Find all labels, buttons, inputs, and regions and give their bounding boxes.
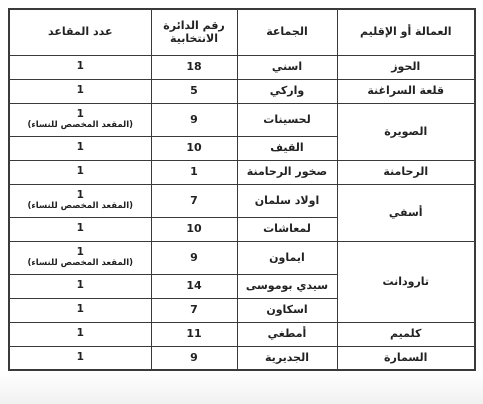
header-seats: عدد المقاعد: [9, 9, 151, 55]
table-body: الحوزاسني181قلعة السراغنةواركي51الصويرةل…: [9, 55, 475, 370]
province-cell: الصويرة: [337, 103, 475, 160]
seats-cell: 1(المقعد المخصص للنساء): [9, 103, 151, 136]
table-row: الرحامنةصخور الرحامنة11: [9, 160, 475, 184]
table-row: الصويرةلحسينات91(المقعد المخصص للنساء): [9, 103, 475, 136]
seats-cell: 1: [9, 274, 151, 298]
commune-cell: الجديرية: [237, 346, 337, 370]
district-number-cell: 9: [151, 346, 237, 370]
province-cell: السمارة: [337, 346, 475, 370]
document-page: العمالة أو الإقليم الجماعة رقم الدائرة ا…: [0, 0, 483, 404]
seats-cell: 1: [9, 322, 151, 346]
province-cell: الحوز: [337, 55, 475, 79]
women-seat-note: (المقعد المخصص للنساء): [14, 258, 147, 269]
header-commune: الجماعة: [237, 9, 337, 55]
seats-cell: 1: [9, 136, 151, 160]
province-cell: الرحامنة: [337, 160, 475, 184]
table-row: السمارةالجديرية91: [9, 346, 475, 370]
province-cell: تارودانت: [337, 241, 475, 322]
commune-cell: سيدي بوموسى: [237, 274, 337, 298]
header-province: العمالة أو الإقليم: [337, 9, 475, 55]
commune-cell: اسكاون: [237, 298, 337, 322]
seats-cell: 1: [9, 79, 151, 103]
seats-value: 1: [14, 303, 147, 316]
district-number-cell: 1: [151, 160, 237, 184]
district-number-cell: 14: [151, 274, 237, 298]
seats-cell: 1: [9, 160, 151, 184]
election-districts-table: العمالة أو الإقليم الجماعة رقم الدائرة ا…: [8, 8, 476, 371]
seats-value: 1: [14, 222, 147, 235]
district-number-cell: 7: [151, 184, 237, 217]
table-row: قلعة السراغنةواركي51: [9, 79, 475, 103]
table-row: كلميمأمطغي111: [9, 322, 475, 346]
district-number-cell: 10: [151, 217, 237, 241]
seats-cell: 1: [9, 217, 151, 241]
seats-cell: 1: [9, 55, 151, 79]
province-cell: كلميم: [337, 322, 475, 346]
commune-cell: لحسينات: [237, 103, 337, 136]
table-row: الحوزاسني181: [9, 55, 475, 79]
province-cell: أسفي: [337, 184, 475, 241]
district-number-cell: 18: [151, 55, 237, 79]
commune-cell: اولاد سلمان: [237, 184, 337, 217]
women-seat-note: (المقعد المخصص للنساء): [14, 201, 147, 212]
district-number-cell: 5: [151, 79, 237, 103]
seats-cell: 1(المقعد المخصص للنساء): [9, 241, 151, 274]
seats-cell: 1: [9, 298, 151, 322]
commune-cell: اسني: [237, 55, 337, 79]
seats-value: 1: [14, 279, 147, 292]
seats-cell: 1: [9, 346, 151, 370]
district-number-cell: 9: [151, 241, 237, 274]
district-number-cell: 7: [151, 298, 237, 322]
province-cell: قلعة السراغنة: [337, 79, 475, 103]
district-number-cell: 10: [151, 136, 237, 160]
seats-value: 1: [14, 141, 147, 154]
table-row: أسفياولاد سلمان71(المقعد المخصص للنساء): [9, 184, 475, 217]
seats-value: 1: [14, 165, 147, 178]
seats-value: 1: [14, 84, 147, 97]
commune-cell: واركي: [237, 79, 337, 103]
women-seat-note: (المقعد المخصص للنساء): [14, 120, 147, 131]
commune-cell: لمعاشات: [237, 217, 337, 241]
seats-value: 1: [14, 351, 147, 364]
seats-cell: 1(المقعد المخصص للنساء): [9, 184, 151, 217]
seats-value: 1: [14, 327, 147, 340]
commune-cell: أمطغي: [237, 322, 337, 346]
header-row: العمالة أو الإقليم الجماعة رقم الدائرة ا…: [9, 9, 475, 55]
commune-cell: القيف: [237, 136, 337, 160]
table-row: تارودانتايماون91(المقعد المخصص للنساء): [9, 241, 475, 274]
district-number-cell: 11: [151, 322, 237, 346]
seats-value: 1: [14, 60, 147, 73]
commune-cell: ايماون: [237, 241, 337, 274]
commune-cell: صخور الرحامنة: [237, 160, 337, 184]
district-number-cell: 9: [151, 103, 237, 136]
header-district-number: رقم الدائرة الانتخابية: [151, 9, 237, 55]
